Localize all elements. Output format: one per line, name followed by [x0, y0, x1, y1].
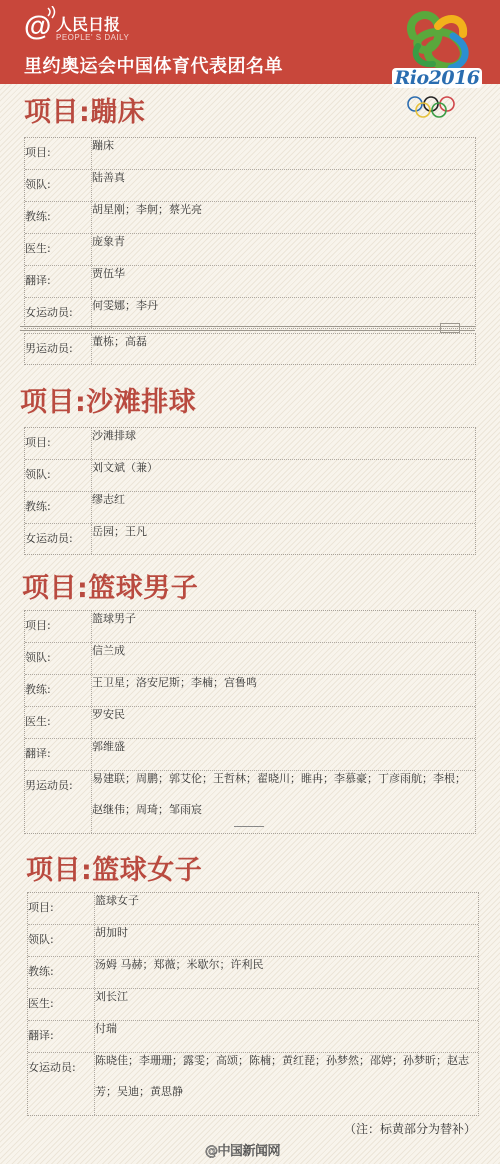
row-label: 翻译: [25, 266, 92, 297]
divider-mark [234, 826, 264, 827]
rio2016-logo [393, 6, 483, 118]
row-label: 医生: [25, 707, 92, 738]
row-label: 男运动员: [25, 334, 92, 364]
roster-table-mens-basketball: 项目:篮球男子 领队:信兰成 教练:王卫星；洛安尼斯；李楠；宫鲁鸣 医生:罗安民… [24, 610, 476, 834]
rio2016-wordmark: Rio2016 [392, 68, 482, 88]
row-label: 领队: [25, 643, 92, 674]
row-value: 岳园；王凡 [92, 516, 475, 554]
row-label: 领队: [25, 460, 92, 491]
row-label: 领队: [28, 925, 95, 956]
table-row: 男运动员:易建联；周鹏；郭艾伦；王哲林；翟晓川；睢冉；李慕豪；丁彦雨航；李根；赵… [25, 770, 475, 833]
watermark: @中国新闻网 [205, 1140, 280, 1159]
page-title: 里约奥运会中国体育代表团名单 [24, 52, 283, 78]
section-title-beach-volleyball: 项目:沙滩排球 [20, 380, 196, 419]
section-title-mens-basketball: 项目:篮球男子 [22, 566, 198, 605]
section-title-trampoline: 项目:蹦床 [24, 90, 145, 129]
section-title-womens-basketball: 项目:篮球女子 [26, 848, 202, 887]
row-value: 陈晓佳；李珊珊；露雯；高颂；陈楠；黄红琵；孙梦然；邵婷；孙梦昕；赵志芳；吴迪；黄… [95, 1045, 478, 1115]
row-label: 医生: [28, 989, 95, 1020]
row-label: 领队: [25, 170, 92, 201]
row-label: 项目: [25, 138, 92, 169]
footnote: （注：标黄部分为替补） [344, 1120, 476, 1137]
row-label: 项目: [25, 428, 92, 459]
row-label: 教练: [25, 492, 92, 523]
row-value: 何雯娜；李丹 [92, 290, 475, 328]
row-label: 女运动员: [25, 298, 92, 328]
row-label: 男运动员: [25, 771, 92, 833]
brand-name-en: PEOPLE' S DAILY [56, 33, 129, 42]
row-label: 教练: [25, 675, 92, 706]
table-row: 女运动员:陈晓佳；李珊珊；露雯；高颂；陈楠；黄红琵；孙梦然；邵婷；孙梦昕；赵志芳… [28, 1052, 478, 1115]
row-value: 易建联；周鹏；郭艾伦；王哲林；翟晓川；睢冉；李慕豪；丁彦雨航；李根；赵继伟；周琦… [92, 763, 475, 833]
brand-name-cn: 人民日报 [56, 12, 120, 35]
row-label: 翻译: [28, 1021, 95, 1052]
olympic-rings-icon [408, 97, 454, 117]
table-row: 男运动员:董栋；高磊 [25, 334, 475, 364]
row-label: 项目: [25, 611, 92, 642]
row-label: 医生: [25, 234, 92, 265]
row-label: 教练: [25, 202, 92, 233]
table-row: 女运动员:岳园；王凡 [25, 523, 475, 554]
roster-table-trampoline-men: 男运动员:董栋；高磊 [24, 333, 476, 365]
roster-table-trampoline: 项目:蹦床 领队:陆善真 教练:胡星刚；李舸；蔡光亮 医生:庞象青 翻译:贾伍华… [24, 137, 476, 329]
row-label: 女运动员: [28, 1053, 95, 1115]
row-label: 翻译: [25, 739, 92, 770]
row-label: 项目: [28, 893, 95, 924]
row-label: 教练: [28, 957, 95, 988]
roster-table-beach-volleyball: 项目:沙滩排球 领队:刘文斌（兼） 教练:缪志红 女运动员:岳园；王凡 [24, 427, 476, 555]
roster-table-womens-basketball: 项目:篮球女子 领队:胡加时 教练:汤姆 马赫；郑薇；米歇尔；许利民 医生:刘长… [27, 892, 479, 1116]
row-label: 女运动员: [25, 524, 92, 554]
table-row: 女运动员:何雯娜；李丹 [25, 297, 475, 328]
row-value: 董栋；高磊 [92, 326, 475, 364]
